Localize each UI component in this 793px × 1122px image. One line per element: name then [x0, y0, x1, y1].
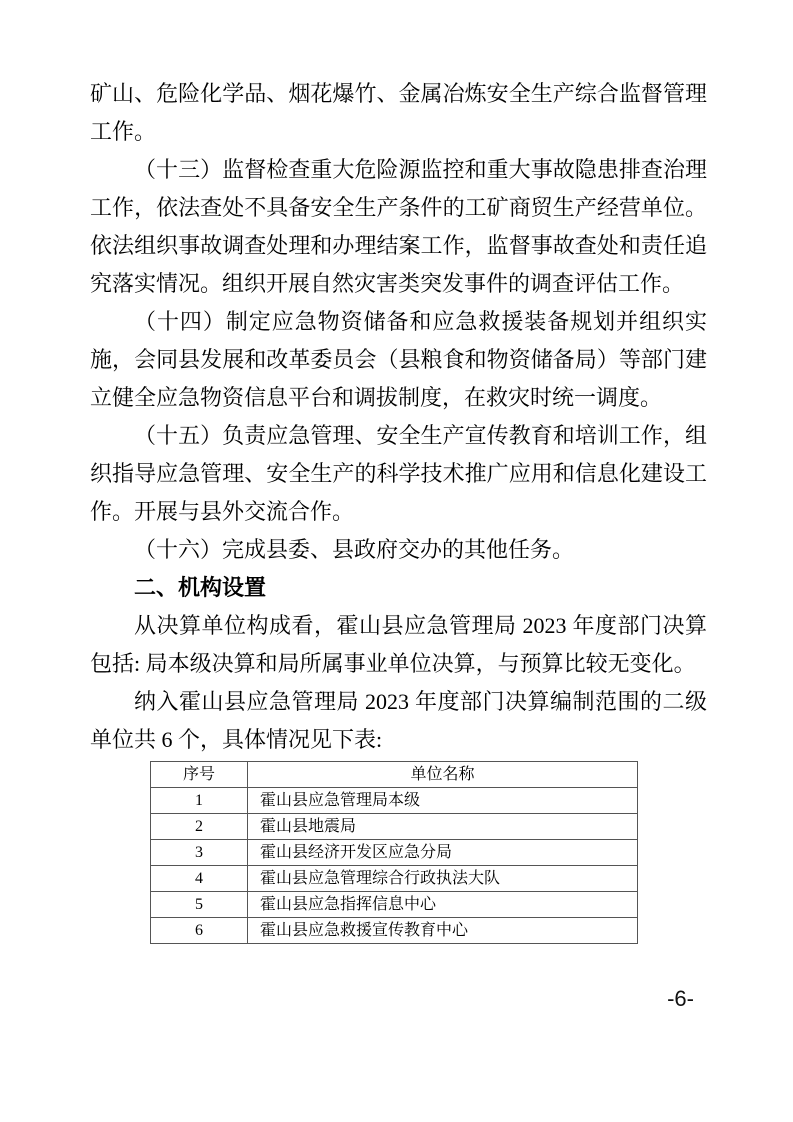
document-page: 矿山、危险化学品、烟花爆竹、金属冶炼安全生产综合监督管理工作。 （十三）监督检查… — [0, 0, 793, 1122]
table-row: 6 霍山县应急救援宣传教育中心 — [151, 918, 638, 944]
unit-name: 霍山县应急指挥信息中心 — [248, 892, 638, 918]
unit-serial: 6 — [151, 918, 248, 944]
column-header-serial-number: 序号 — [151, 762, 248, 788]
paragraph-continuation: 矿山、危险化学品、烟花爆竹、金属冶炼安全生产综合监督管理工作。 — [90, 75, 707, 151]
unit-name: 霍山县应急救援宣传教育中心 — [248, 918, 638, 944]
section-heading-org-setup: 二、机构设置 — [90, 569, 707, 607]
unit-serial: 4 — [151, 866, 248, 892]
paragraph-item-13: （十三）监督检查重大危险源监控和重大事故隐患排查治理工作，依法查处不具备安全生产… — [90, 151, 707, 303]
page-number: -6- — [667, 986, 694, 1012]
paragraph-item-16: （十六）完成县委、县政府交办的其他任务。 — [90, 531, 707, 569]
paragraph-budget-composition: 从决算单位构成看，霍山县应急管理局 2023 年度部门决算包括: 局本级决算和局… — [90, 607, 707, 683]
unit-serial: 5 — [151, 892, 248, 918]
unit-name: 霍山县经济开发区应急分局 — [248, 840, 638, 866]
unit-serial: 2 — [151, 814, 248, 840]
paragraph-item-14: （十四）制定应急物资储备和应急救援装备规划并组织实施，会同县发展和改革委员会（县… — [90, 303, 707, 417]
column-header-unit-name: 单位名称 — [248, 762, 638, 788]
paragraph-units-intro: 纳入霍山县应急管理局 2023 年度部门决算编制范围的二级单位共 6 个，具体情… — [90, 683, 707, 759]
table-row: 4 霍山县应急管理综合行政执法大队 — [151, 866, 638, 892]
unit-serial: 1 — [151, 788, 248, 814]
unit-name: 霍山县应急管理综合行政执法大队 — [248, 866, 638, 892]
table-row: 5 霍山县应急指挥信息中心 — [151, 892, 638, 918]
table-row: 3 霍山县经济开发区应急分局 — [151, 840, 638, 866]
units-table-header-row: 序号 单位名称 — [151, 762, 638, 788]
document-body: 矿山、危险化学品、烟花爆竹、金属冶炼安全生产综合监督管理工作。 （十三）监督检查… — [90, 75, 707, 944]
unit-serial: 3 — [151, 840, 248, 866]
table-row: 2 霍山县地震局 — [151, 814, 638, 840]
paragraph-item-15: （十五）负责应急管理、安全生产宣传教育和培训工作，组织指导应急管理、安全生产的科… — [90, 417, 707, 531]
unit-name: 霍山县应急管理局本级 — [248, 788, 638, 814]
units-table: 序号 单位名称 1 霍山县应急管理局本级 2 霍山县地震局 3 霍山县经济开发区… — [150, 761, 638, 944]
table-row: 1 霍山县应急管理局本级 — [151, 788, 638, 814]
unit-name: 霍山县地震局 — [248, 814, 638, 840]
